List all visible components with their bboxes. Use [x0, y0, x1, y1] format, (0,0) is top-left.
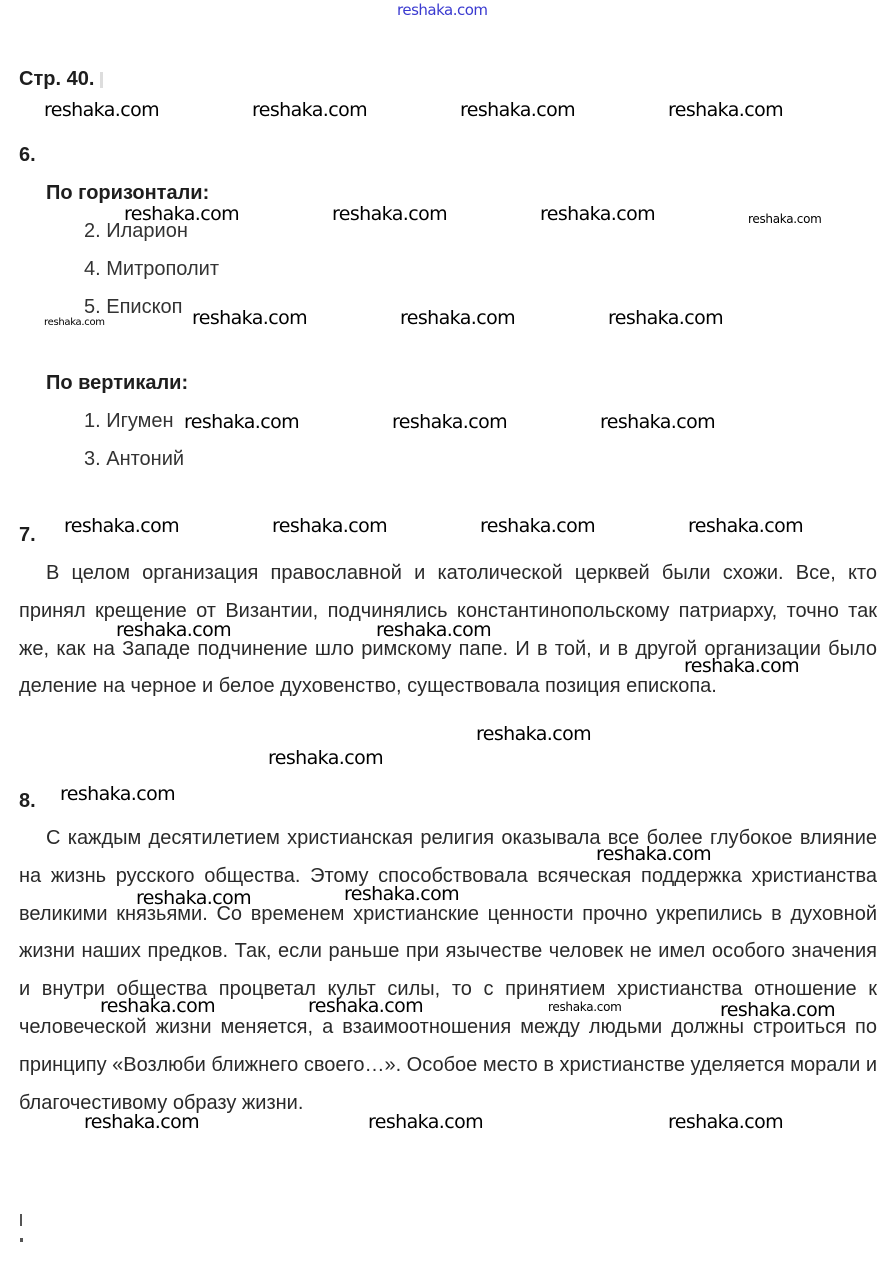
watermark: reshaka.com — [748, 212, 822, 226]
horizontal-answer: 4. Митрополит — [84, 258, 219, 281]
scan-artifact — [20, 1238, 23, 1242]
watermark: reshaka.com — [184, 411, 299, 433]
horizontal-heading: По горизонтали: — [46, 182, 209, 205]
watermark: reshaka.com — [268, 747, 383, 769]
watermark: reshaka.com — [688, 515, 803, 537]
scan-artifact — [20, 1214, 22, 1226]
task-7-answer: В целом организация православной и катол… — [19, 555, 877, 706]
watermark: reshaka.com — [460, 99, 575, 121]
page-reference: Стр. 40. — [19, 68, 103, 91]
scan-artifact — [100, 72, 103, 88]
watermark: reshaka.com — [480, 515, 595, 537]
watermark: reshaka.com — [272, 515, 387, 537]
horizontal-answer: 2. Иларион — [84, 220, 188, 243]
watermark: reshaka.com — [600, 411, 715, 433]
vertical-answer: 1. Игумен — [84, 410, 174, 433]
watermark: reshaka.com — [608, 307, 723, 329]
watermark: reshaka.com — [668, 99, 783, 121]
watermark: reshaka.com — [332, 203, 447, 225]
horizontal-answer: 5. Епископ — [84, 296, 183, 319]
task-8-answer: С каждым десятилетием христианская религ… — [19, 820, 877, 1122]
watermark: reshaka.com — [252, 99, 367, 121]
task-8-number: 8. — [19, 790, 36, 813]
page-reference-text: Стр. 40. — [19, 68, 94, 90]
watermark: reshaka.com — [44, 99, 159, 121]
vertical-answer: 3. Антоний — [84, 448, 184, 471]
watermark: reshaka.com — [540, 203, 655, 225]
watermark: reshaka.com — [392, 411, 507, 433]
watermark: reshaka.com — [476, 723, 591, 745]
watermark: reshaka.com — [192, 307, 307, 329]
site-link[interactable]: reshaka.com — [397, 1, 488, 19]
task-6-number: 6. — [19, 144, 36, 167]
vertical-heading: По вертикали: — [46, 372, 188, 395]
watermark: reshaka.com — [60, 783, 175, 805]
task-7-number: 7. — [19, 524, 36, 547]
watermark: reshaka.com — [64, 515, 179, 537]
watermark: reshaka.com — [400, 307, 515, 329]
